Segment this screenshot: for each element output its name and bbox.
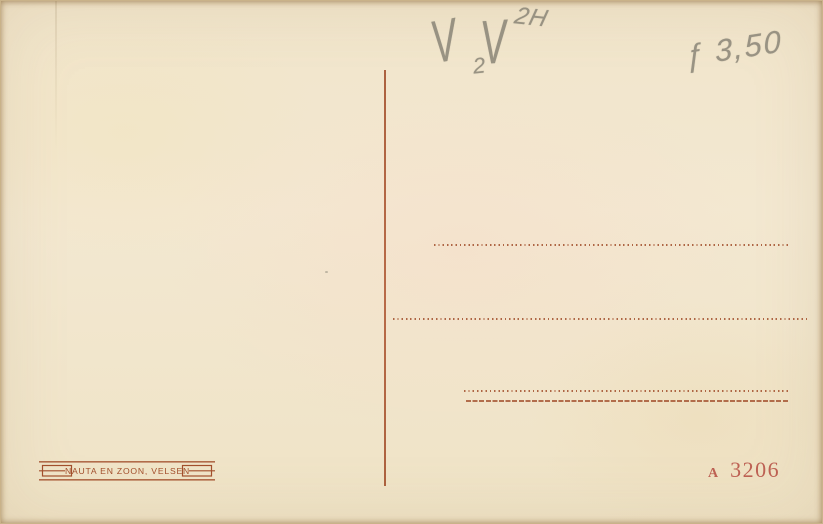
publisher-imprint-text: NAUTA EN ZOON, VELSEN	[65, 466, 190, 476]
pencil-superscript-note: 2H	[512, 3, 551, 34]
catalog-number-digits: 3206	[730, 457, 780, 483]
pencil-code-char: V	[427, 10, 462, 73]
pencil-code-char: V	[479, 11, 509, 75]
address-line	[434, 244, 791, 246]
imprint-ornament-frame: NAUTA EN ZOON, VELSEN	[39, 459, 215, 483]
pencil-speck	[325, 271, 328, 273]
catalog-series-letter: A	[708, 466, 719, 482]
address-line	[464, 390, 789, 392]
paper-crease	[55, 1, 57, 151]
publisher-imprint: NAUTA EN ZOON, VELSEN	[39, 459, 215, 483]
address-line-underline	[466, 400, 788, 402]
postcard-back: V 2 V 2H ƒ 3,50 NAUTA EN ZOON, VELSEN A …	[0, 0, 823, 524]
pencil-dealer-code: V 2 V	[437, 13, 525, 77]
center-divider-line	[384, 70, 386, 486]
catalog-number: A 3206	[708, 457, 780, 483]
address-line	[393, 318, 807, 320]
pencil-price: ƒ 3,50	[685, 23, 784, 75]
